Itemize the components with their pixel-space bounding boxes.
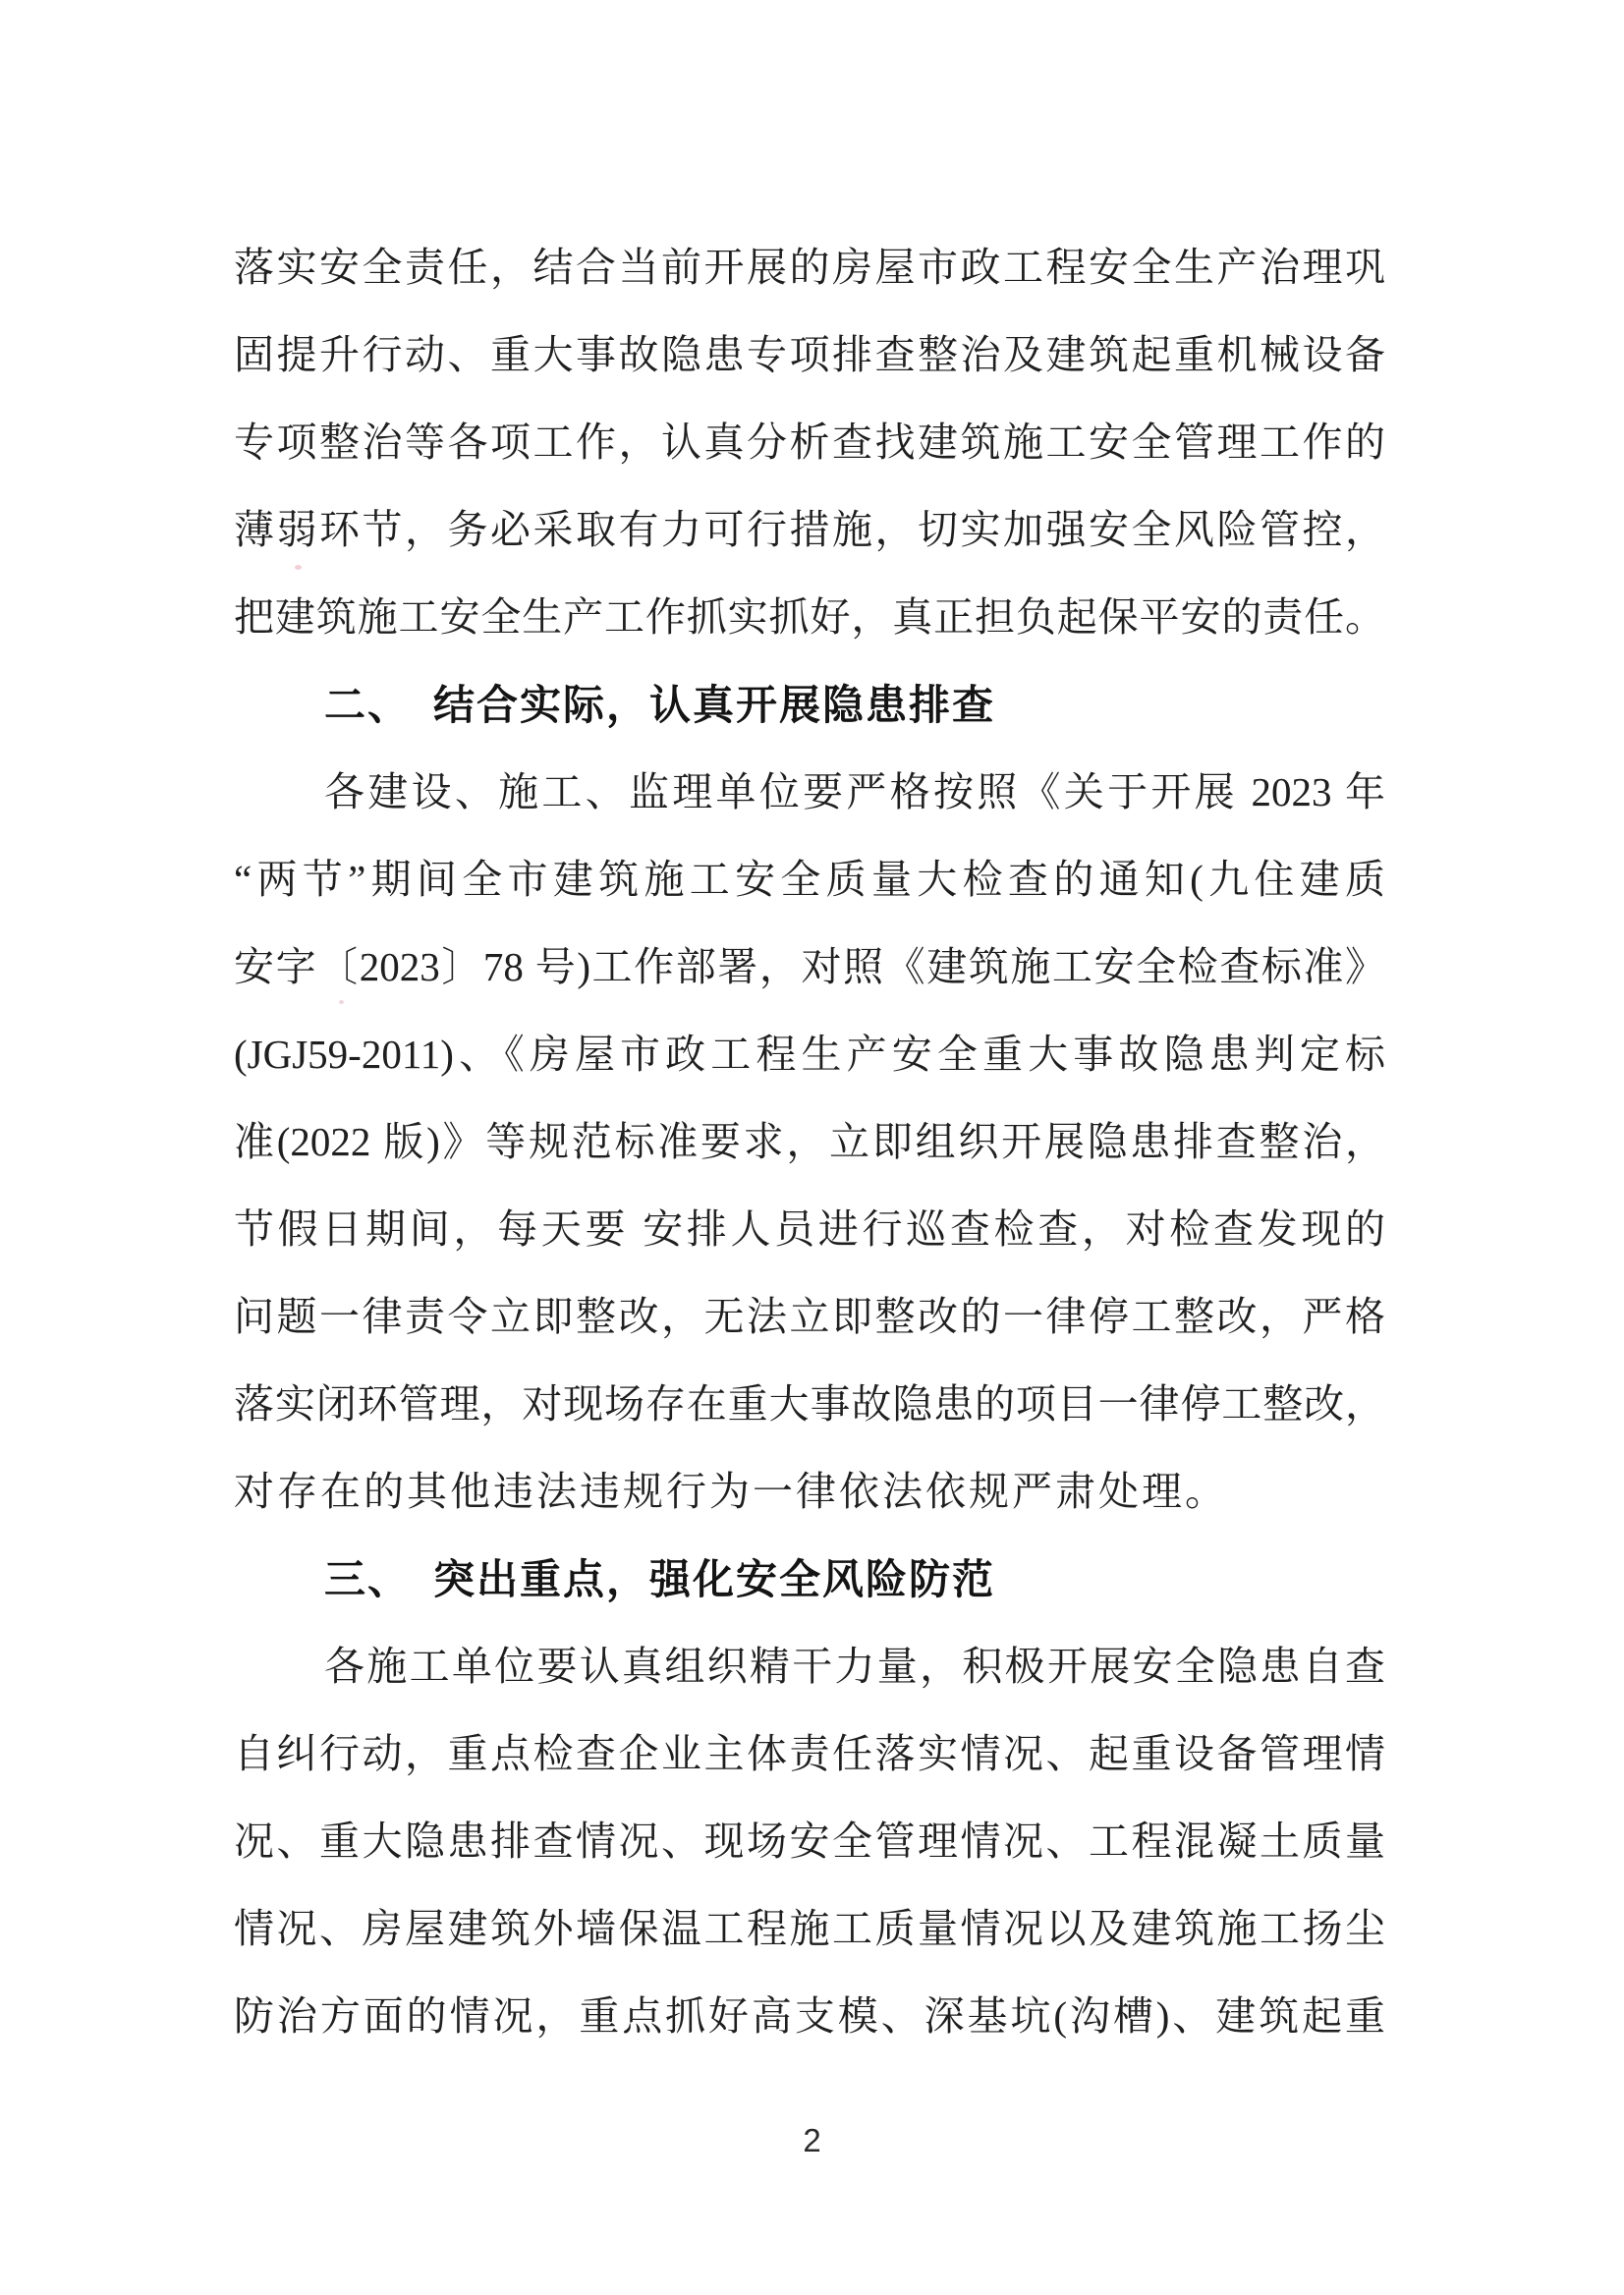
text-line: 准(2022 版)》等规范标准要求，立即组织开展隐患排查整治， — [234, 1098, 1385, 1186]
document-body: 落实安全责任，结合当前开展的房屋市政工程安全生产治理巩 固提升行动、重大事故隐患… — [234, 224, 1385, 2060]
text-line: 防治方面的情况，重点抓好高支模、深基坑(沟槽)、建筑起重 — [234, 1973, 1385, 2060]
text-line: 专项整治等各项工作，认真分析查找建筑施工安全管理工作的 — [234, 399, 1385, 486]
text-line: 安字〔2023〕78 号)工作部署，对照《建筑施工安全检查标准》 — [234, 924, 1385, 1011]
section-heading-2: 二、 结合实际，认真开展隐患排查 — [234, 661, 1385, 749]
text-line: 问题一律责令立即整改，无法立即整改的一律停工整改，严格 — [234, 1273, 1385, 1361]
paragraph-first-line: 各建设、施工、监理单位要严格按照《关于开展 2023 年 — [234, 749, 1385, 836]
scanned-document-page: 落实安全责任，结合当前开展的房屋市政工程安全生产治理巩 固提升行动、重大事故隐患… — [0, 0, 1624, 2295]
text-line: (JGJ59-2011)、《房屋市政工程生产安全重大事故隐患判定标 — [234, 1011, 1385, 1098]
text-line: “两节”期间全市建筑施工安全质量大检查的通知(九住建质 — [234, 836, 1385, 924]
section-heading-3: 三、 突出重点，强化安全风险防范 — [234, 1536, 1385, 1623]
scan-speck — [295, 565, 302, 570]
text-line: 况、重大隐患排查情况、现场安全管理情况、工程混凝土质量 — [234, 1798, 1385, 1885]
paragraph-last-line: 对存在的其他违法违规行为一律依法依规严肃处理。 — [234, 1448, 1385, 1536]
text-line: 落实安全责任，结合当前开展的房屋市政工程安全生产治理巩 — [234, 224, 1385, 311]
text-line: 薄弱环节，务必采取有力可行措施，切实加强安全风险管控， — [234, 486, 1385, 574]
text-line: 情况、房屋建筑外墙保温工程施工质量情况以及建筑施工扬尘 — [234, 1885, 1385, 1973]
text-line: 自纠行动，重点检查企业主体责任落实情况、起重设备管理情 — [234, 1710, 1385, 1798]
page-number: 2 — [0, 2122, 1624, 2159]
paragraph-first-line: 各施工单位要认真组织精干力量，积极开展安全隐患自查 — [234, 1623, 1385, 1710]
text-line: 节假日期间，每天要 安排人员进行巡查检查，对检查发现的 — [234, 1186, 1385, 1273]
text-line: 把建筑施工安全生产工作抓实抓好，真正担负起保平安的责任。 — [234, 574, 1385, 661]
scan-speck — [339, 1000, 344, 1004]
text-line: 落实闭环管理，对现场存在重大事故隐患的项目一律停工整改， — [234, 1361, 1385, 1448]
text-line: 固提升行动、重大事故隐患专项排查整治及建筑起重机械设备 — [234, 311, 1385, 399]
